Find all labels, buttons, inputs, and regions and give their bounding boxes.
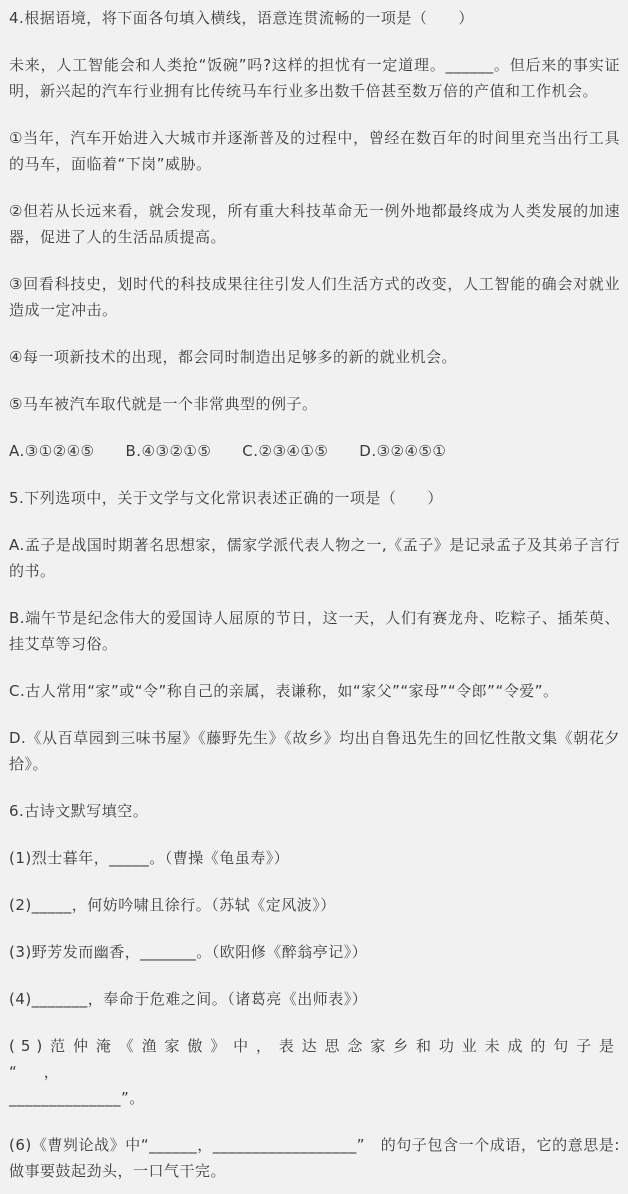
- exam-document-page: 4.根据语境，将下面各句填入横线，语意连贯流畅的一项是（ ） 未来，人工智能会和…: [0, 0, 628, 1194]
- q5-title: 5.下列选项中，关于文学与文化常识表述正确的一项是（ ）: [9, 485, 620, 511]
- q4-sentence-2: ②但若从长远来看，就会发现，所有重大科技革命无一例外地都最终成为人类发展的加速器…: [9, 198, 620, 250]
- q6-item-4: (4)_______，奉命于危难之间。（诸葛亮《出师表》）: [9, 986, 620, 1012]
- q4-answer-options: A.③①②④⑤ B.④③②①⑤ C.②③④①⑤ D.③②④⑤①: [9, 438, 620, 464]
- q6-item-5: (5)范仲淹《渔家傲》中，表达思念家乡和功业未成的句子是“ ，_________…: [9, 1033, 620, 1111]
- q6-item-1: (1)烈士暮年，_____。（曹操《龟虽寿》）: [9, 845, 620, 871]
- q6-item-3: (3)野芳发而幽香，_______。（欧阳修《醉翁亭记》）: [9, 939, 620, 965]
- q5-option-c: C.古人常用“家”或“令”称自己的亲属，表谦称，如“家父”“家母”“令郎”“令爱…: [9, 678, 620, 704]
- q5-option-b: B.端午节是纪念伟大的爱国诗人屈原的节日，这一天，人们有赛龙舟、吃粽子、插茱萸、…: [9, 605, 620, 657]
- q5-option-a: A.孟子是战国时期著名思想家，儒家学派代表人物之一,《孟子》是记录孟子及其弟子言…: [9, 532, 620, 584]
- q6-title: 6.古诗文默写填空。: [9, 798, 620, 824]
- q4-intro-paragraph: 未来，人工智能会和人类抢“饭碗”吗?这样的担忧有一定道理。______。但后来的…: [9, 52, 620, 104]
- q4-sentence-5: ⑤马车被汽车取代就是一个非常典型的例子。: [9, 391, 620, 417]
- q6-item-5-line1: (5)范仲淹《渔家傲》中，表达思念家乡和功业未成的句子是“ ，: [9, 1037, 620, 1081]
- q4-sentence-3: ③回看科技史，划时代的科技成果往往引发人们生活方式的改变，人工智能的确会对就业造…: [9, 271, 620, 323]
- q4-sentence-1: ①当年，汽车开始进入大城市并逐渐普及的过程中，曾经在数百年的时间里充当出行工具的…: [9, 125, 620, 177]
- q6-item-2: (2)_____，何妨吟啸且徐行。（苏轼《定风波》）: [9, 892, 620, 918]
- q6-item-5-line2: ______________”。: [9, 1089, 145, 1107]
- q4-sentence-4: ④每一项新技术的出现，都会同时制造出足够多的新的就业机会。: [9, 344, 620, 370]
- q5-option-d: D.《从百草园到三味书屋》《藤野先生》《故乡》均出自鲁迅先生的回忆性散文集《朝花…: [9, 725, 620, 777]
- q4-title: 4.根据语境，将下面各句填入横线，语意连贯流畅的一项是（ ）: [9, 5, 620, 31]
- q6-item-6: (6)《曹刿论战》中“______，__________________” 的句…: [9, 1132, 620, 1184]
